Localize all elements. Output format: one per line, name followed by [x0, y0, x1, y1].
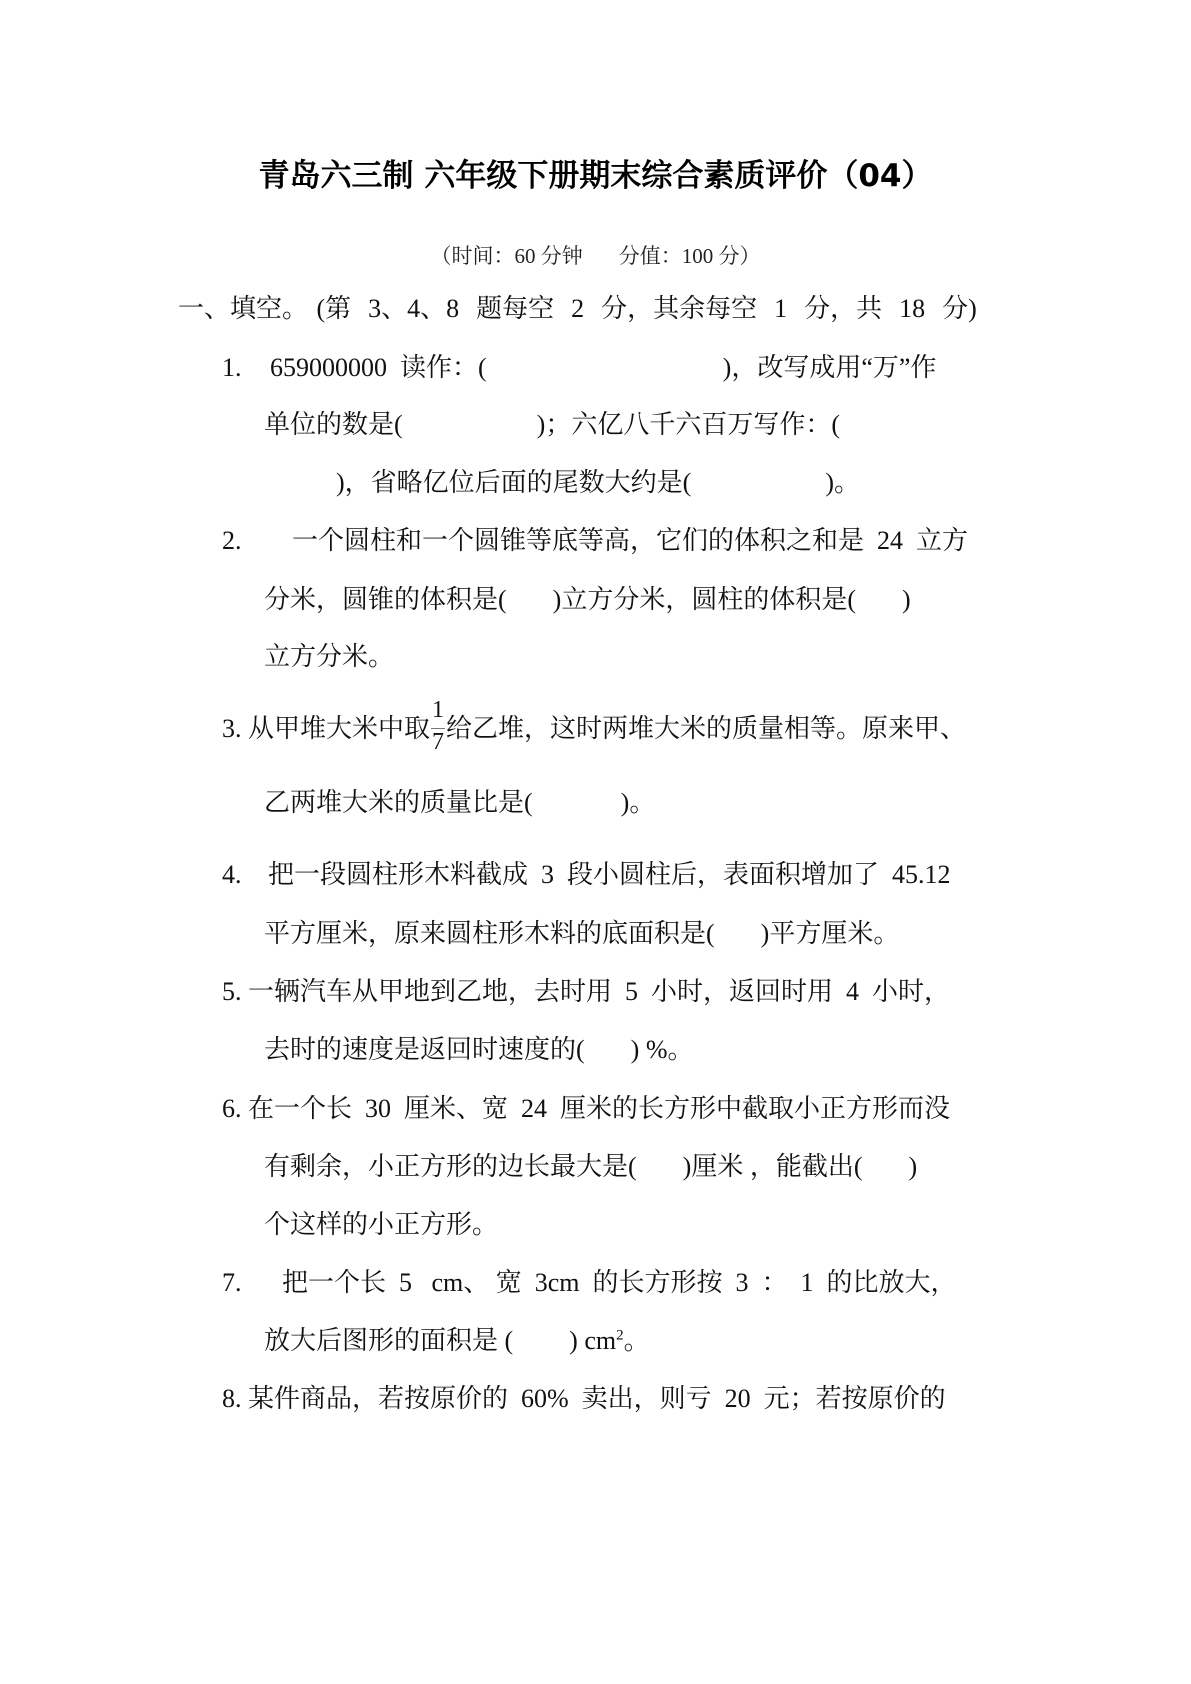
- question-text: 放大后图形的面积是 (: [264, 1326, 513, 1355]
- question-text: 有剩余，小正方形的边长最大是(: [264, 1152, 637, 1181]
- question-number: 2.: [222, 526, 242, 555]
- question-text: )；六亿八千六百万写作：(: [537, 410, 840, 439]
- exam-time: （时间：60 分钟: [431, 244, 583, 268]
- question-number: 7.: [222, 1268, 242, 1297]
- fraction-one-seventh: 17: [430, 712, 446, 746]
- question-text: 立方分米。: [264, 642, 394, 671]
- question-7-line-2: 放大后图形的面积是 () cm2。: [264, 1324, 650, 1358]
- exam-page: 青岛六三制 六年级下册期末综合素质评价（04） （时间：60 分钟分值：100 …: [0, 0, 1191, 1684]
- question-text: 乙两堆大米的质量比是(: [264, 788, 533, 817]
- question-5-line-1: 5. 一辆汽车从甲地到乙地，去时用 5 小时，返回时用 4 小时，: [222, 975, 950, 1009]
- question-text: )立方分米，圆柱的体积是(: [553, 585, 856, 614]
- question-8-line-1: 8. 某件商品，若按原价的 60% 卖出，则亏 20 元；若按原价的: [222, 1382, 946, 1416]
- question-number: 8.: [222, 1384, 242, 1413]
- question-1-line-1: 1. 659000000 读作：()，改写成用“万”作: [222, 351, 936, 385]
- question-text: )厘米 ，能截出(: [683, 1152, 863, 1181]
- question-text: ): [909, 1152, 918, 1181]
- page-title: 青岛六三制 六年级下册期末综合素质评价（04）: [0, 150, 1191, 195]
- question-number: 1.: [222, 353, 242, 382]
- question-text: 给乙堆，这时两堆大米的质量相等。原来甲、: [446, 714, 966, 743]
- question-text: )，改写成用“万”作: [723, 353, 937, 382]
- question-1-line-2: 单位的数是()；六亿八千六百万写作：(: [264, 408, 840, 442]
- fraction-numerator: 1: [432, 698, 444, 722]
- question-3-line-2: 乙两堆大米的质量比是()。: [264, 786, 655, 820]
- question-text: 去时的速度是返回时速度的(: [264, 1035, 585, 1064]
- question-text: 把一段圆柱形木料截成 3 段小圆柱后，表面积增加了 45.12: [268, 860, 951, 889]
- question-text: ) cm: [569, 1326, 616, 1355]
- question-text: 单位的数是(: [264, 410, 403, 439]
- question-text: )。: [621, 788, 656, 817]
- question-text: ) %。: [631, 1035, 694, 1064]
- question-2-line-3: 立方分米。: [264, 640, 394, 674]
- question-text: ): [902, 585, 911, 614]
- question-text: )平方厘米。: [761, 919, 900, 948]
- question-text: 从甲堆大米中取: [248, 714, 430, 743]
- question-number: 3.: [222, 714, 242, 743]
- question-text: )，省略亿位后面的尾数大约是(: [336, 468, 691, 497]
- question-number: 5.: [222, 977, 242, 1006]
- question-text: 某件商品，若按原价的 60% 卖出，则亏 20 元；若按原价的: [248, 1384, 946, 1413]
- exam-info: （时间：60 分钟分值：100 分）: [0, 240, 1191, 270]
- question-text: 一辆汽车从甲地到乙地，去时用 5 小时，返回时用 4 小时，: [248, 977, 950, 1006]
- section-heading: 一、填空。 (第 3、4、8 题每空 2 分，其余每空 1 分，共 18 分): [178, 292, 977, 326]
- question-text: 。: [624, 1326, 650, 1355]
- question-1-line-3: )，省略亿位后面的尾数大约是()。: [336, 466, 860, 500]
- question-5-line-2: 去时的速度是返回时速度的() %。: [264, 1033, 694, 1067]
- superscript-2: 2: [616, 1327, 624, 1343]
- question-6-line-3: 个这样的小正方形。: [264, 1208, 498, 1242]
- question-2-line-2: 分米，圆锥的体积是()立方分米，圆柱的体积是(): [264, 583, 911, 617]
- question-7-line-1: 7. 把一个长 5 cm、 宽 3cm 的长方形按 3 ： 1 的比放大，: [222, 1266, 957, 1300]
- question-4-line-2: 平方厘米，原来圆柱形木料的底面积是()平方厘米。: [264, 917, 899, 951]
- question-6-line-1: 6. 在一个长 30 厘米、宽 24 厘米的长方形中截取小正方形而没: [222, 1092, 950, 1126]
- question-text: 一个圆柱和一个圆锥等底等高，它们的体积之和是 24 立方: [292, 526, 968, 555]
- question-3-line-1: 3. 从甲堆大米中取17给乙堆，这时两堆大米的质量相等。原来甲、: [222, 712, 966, 746]
- question-number: 6.: [222, 1094, 242, 1123]
- question-4-line-1: 4. 把一段圆柱形木料截成 3 段小圆柱后，表面积增加了 45.12: [222, 858, 951, 892]
- section-heading-text: 一、填空。 (第 3、4、8 题每空 2 分，其余每空 1 分，共 18 分): [178, 294, 977, 323]
- exam-score: 分值：100 分）: [619, 244, 761, 268]
- question-text: 平方厘米，原来圆柱形木料的底面积是(: [264, 919, 715, 948]
- fraction-denominator: 7: [432, 730, 444, 754]
- question-text: 把一个长 5 cm、 宽 3cm 的长方形按 3 ： 1 的比放大，: [282, 1268, 957, 1297]
- question-6-line-2: 有剩余，小正方形的边长最大是()厘米 ，能截出(): [264, 1150, 917, 1184]
- question-text: 在一个长 30 厘米、宽 24 厘米的长方形中截取小正方形而没: [248, 1094, 950, 1123]
- question-text: 659000000 读作：(: [270, 353, 487, 382]
- question-text: 分米，圆锥的体积是(: [264, 585, 507, 614]
- question-text: 个这样的小正方形。: [264, 1210, 498, 1239]
- question-2-line-1: 2. 一个圆柱和一个圆锥等底等高，它们的体积之和是 24 立方: [222, 524, 968, 558]
- question-text: )。: [825, 468, 860, 497]
- question-number: 4.: [222, 860, 242, 889]
